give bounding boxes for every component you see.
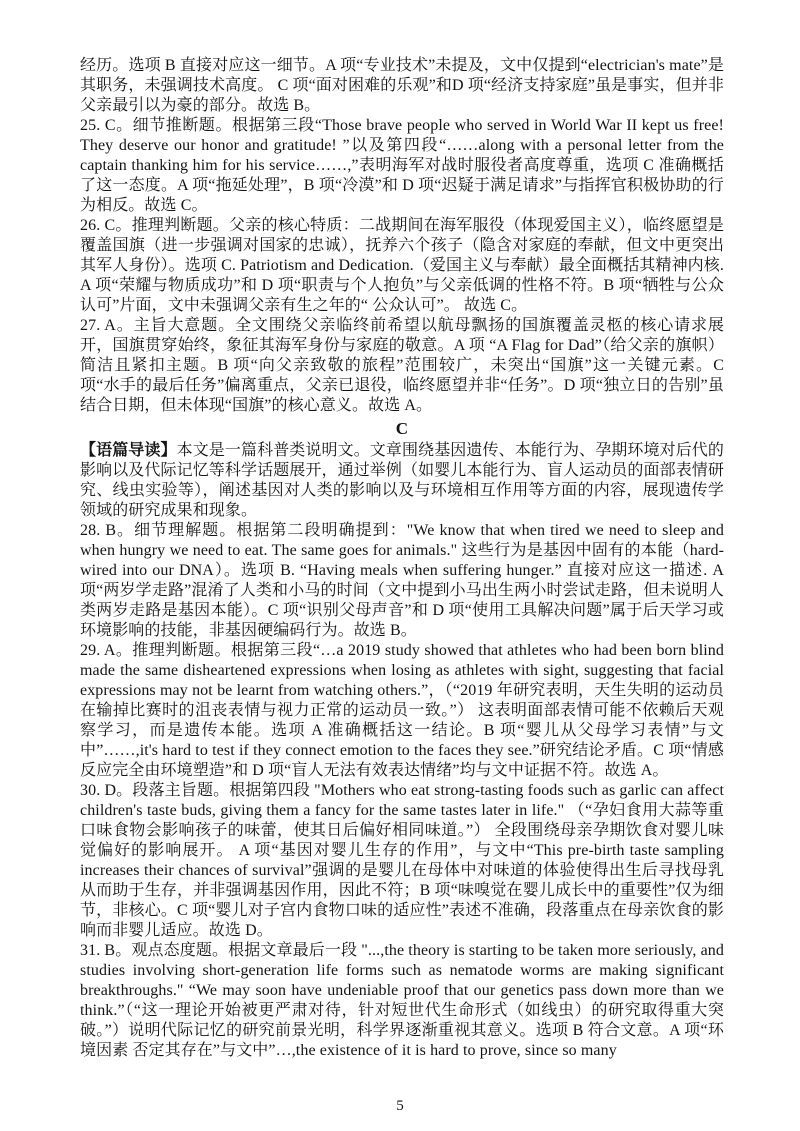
answer-26-paragraph: 26. C。推理判断题。父亲的核心特质：二战期间在海军服役（体现爱国主义），临终…	[80, 216, 724, 316]
answer-24-continuation-paragraph: 经历。选项 B 直接对应这一细节。A 项“专业技术”未提及，文中仅提到“elec…	[80, 56, 724, 116]
passage-intro-paragraph: 【语篇导读】本文是一篇科普类说明文。文章围绕基因遗传、本能行为、孕期环境对后代的…	[80, 441, 724, 521]
document-page: 经历。选项 B 直接对应这一细节。A 项“专业技术”未提及，文中仅提到“elec…	[0, 0, 800, 1131]
page-number: 5	[0, 1097, 800, 1115]
answer-key-content: 经历。选项 B 直接对应这一细节。A 项“专业技术”未提及，文中仅提到“elec…	[80, 56, 724, 1061]
answer-31-paragraph: 31. B。观点态度题。根据文章最后一段 "...,the theory is …	[80, 941, 724, 1061]
answer-27-paragraph: 27. A。主旨大意题。全文围绕父亲临终前希望以航母飘扬的国旗覆盖灵柩的核心请求…	[80, 316, 724, 416]
answer-30-paragraph: 30. D。段落主旨题。根据第四段 "Mothers who eat stron…	[80, 781, 724, 941]
passage-intro-text: 本文是一篇科普类说明文。文章围绕基因遗传、本能行为、孕期环境对后代的影响以及代际…	[80, 442, 724, 519]
answer-29-paragraph: 29. A。推理判断题。根据第三段“…a 2019 study showed t…	[80, 641, 724, 781]
answer-25-paragraph: 25. C。细节推断题。根据第三段“Those brave people who…	[80, 116, 724, 216]
answer-28-paragraph: 28. B。细节理解题。根据第二段明确提到："We know that when…	[80, 521, 724, 641]
passage-intro-label: 【语篇导读】	[80, 442, 177, 459]
section-c-heading: C	[80, 416, 724, 441]
